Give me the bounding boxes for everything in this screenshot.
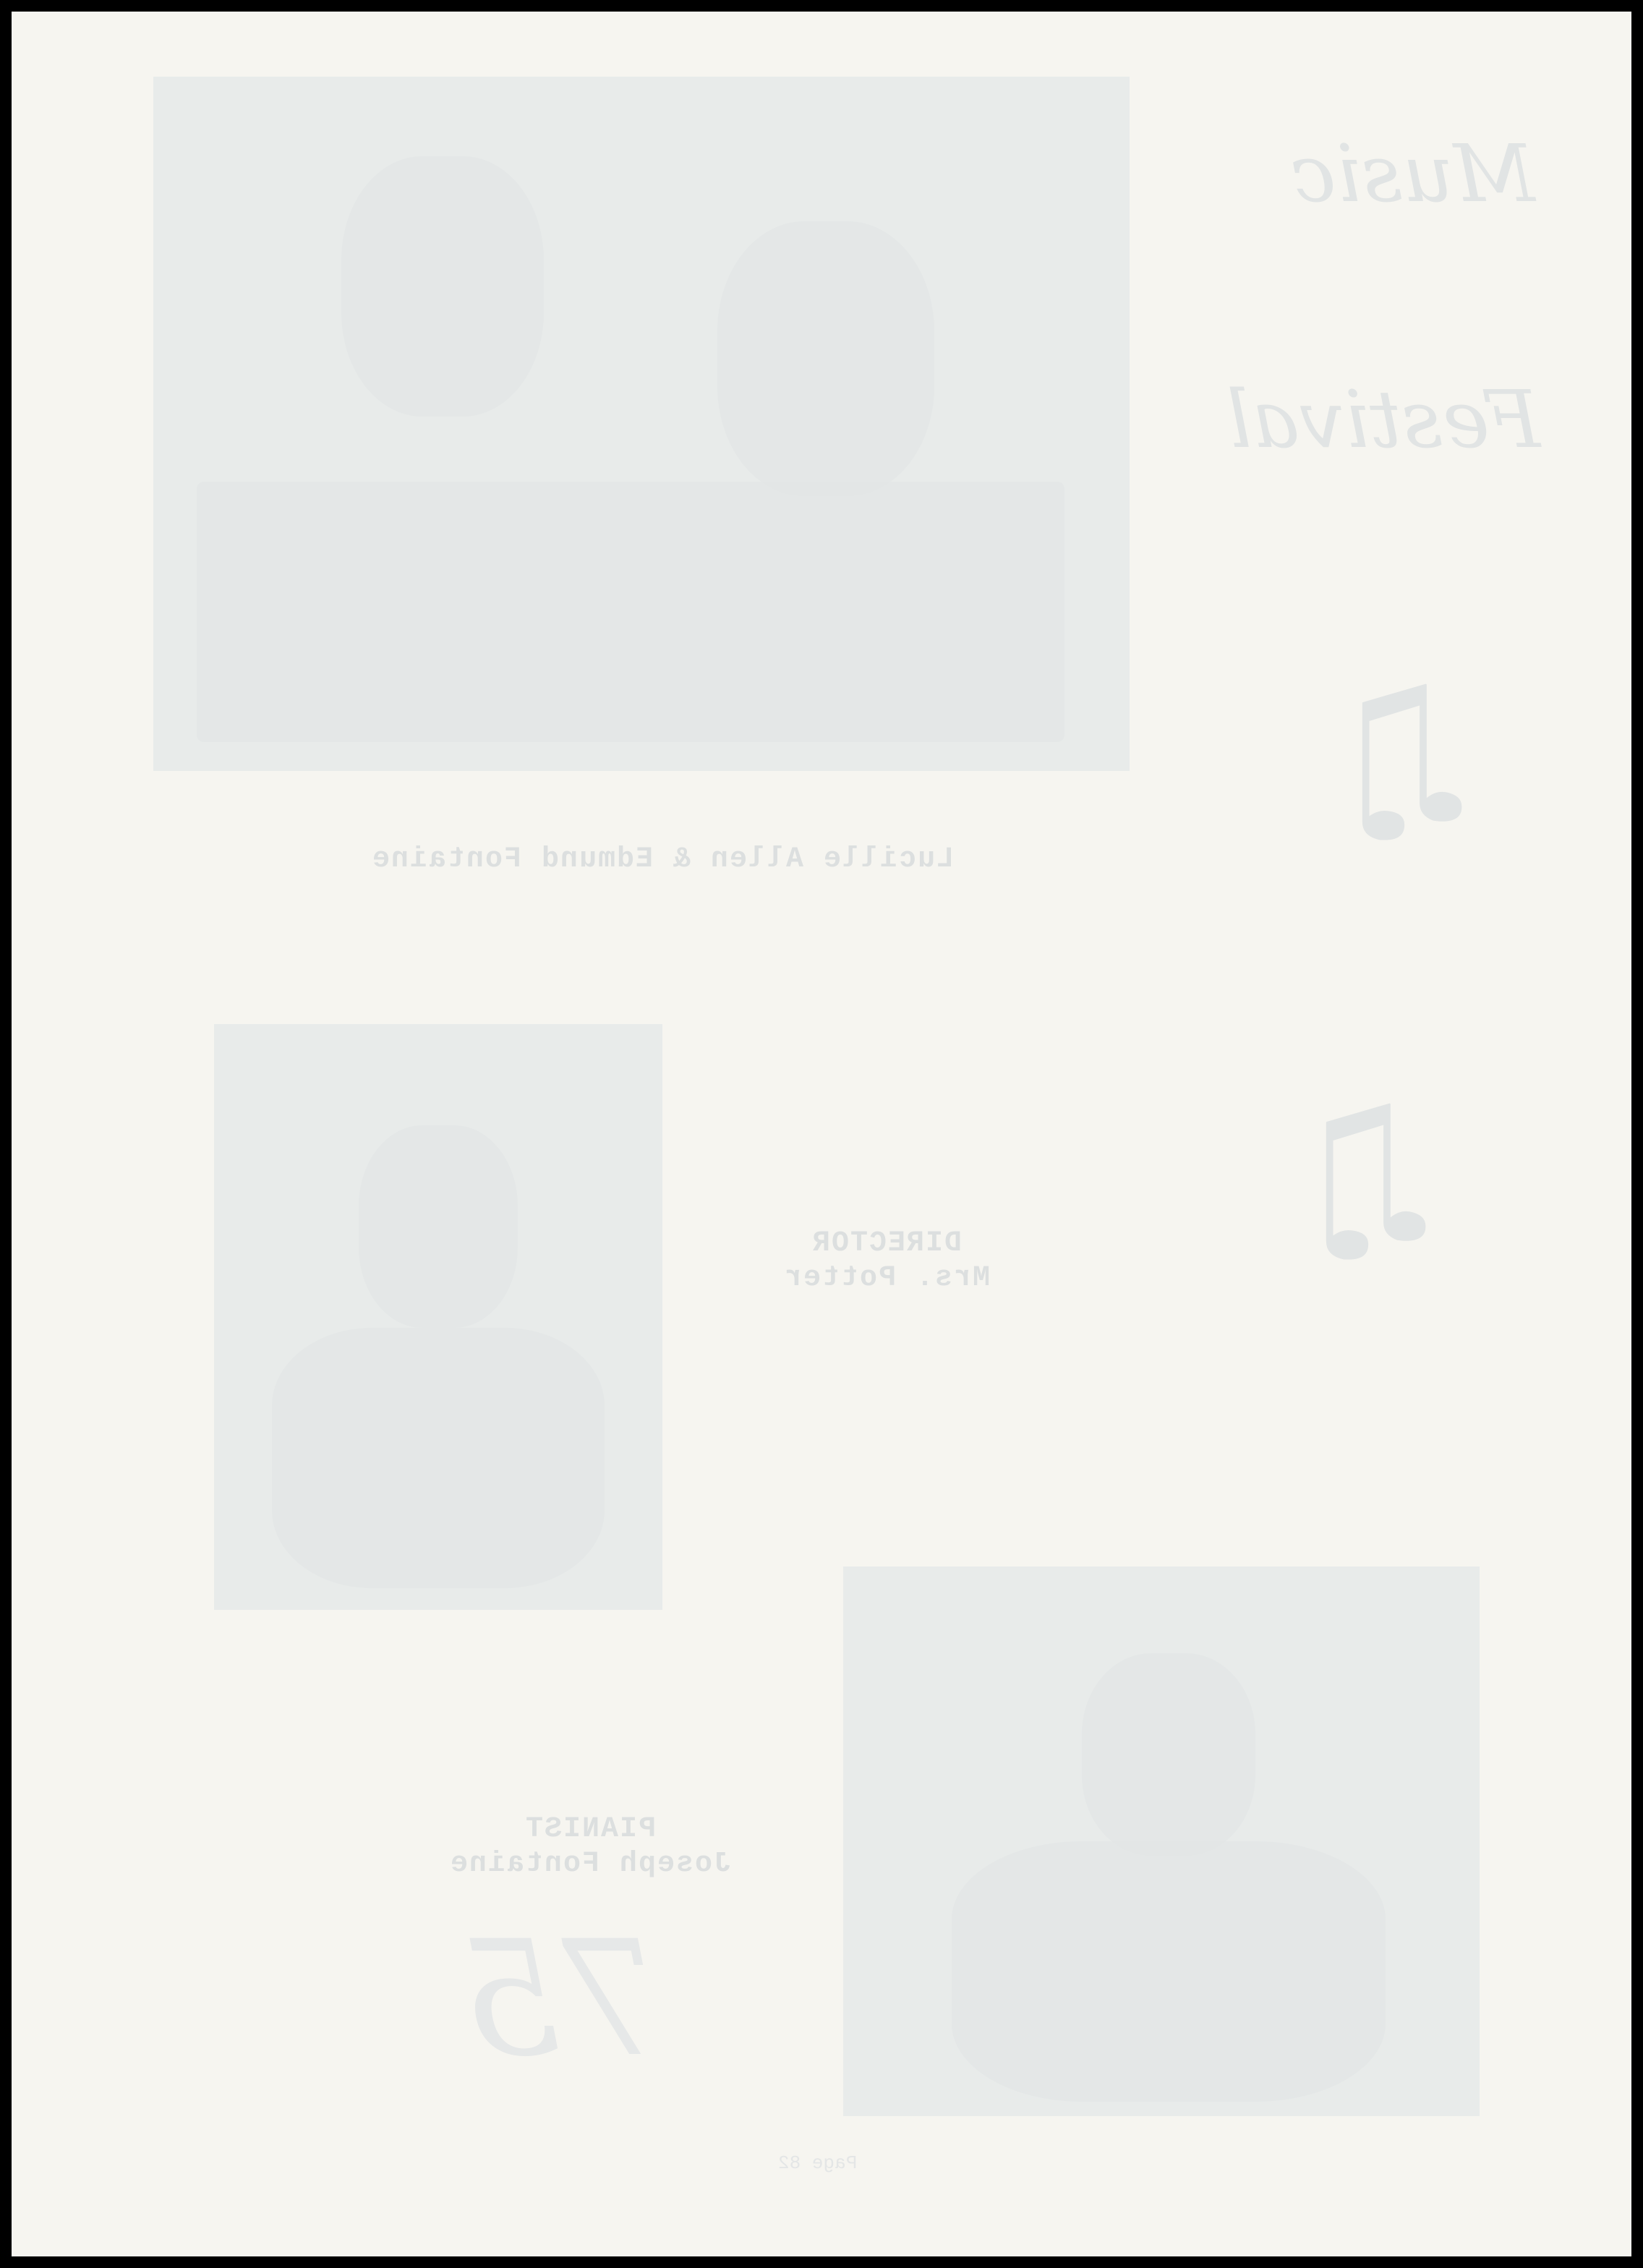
music-note-icon: ♫ bbox=[1328, 662, 1496, 850]
director-caption: DIRECTOR Mrs. Potter bbox=[764, 1227, 1010, 1296]
pianist-role: PIANIST bbox=[373, 1812, 807, 1847]
pianist-caption: PIANIST Joseph Fontaine bbox=[373, 1812, 807, 1882]
photo-duet bbox=[153, 77, 1130, 771]
music-note-icon: ♫ bbox=[1292, 1082, 1460, 1270]
title-word-festival: Festival bbox=[1226, 373, 1540, 466]
pianist-name: Joseph Fontaine bbox=[373, 1847, 807, 1882]
director-role: DIRECTOR bbox=[764, 1227, 1010, 1261]
director-name: Mrs. Potter bbox=[764, 1261, 1010, 1296]
photo-pianist bbox=[843, 1566, 1480, 2116]
photo-caption-duet: Lucille Allen & Edmund Fontaine bbox=[286, 843, 1038, 876]
photo-director bbox=[214, 1024, 662, 1610]
title-word-music: Music bbox=[1292, 127, 1535, 220]
large-glyph: 75 bbox=[460, 1906, 662, 2092]
document-page: Lucille Allen & Edmund Fontaine Music Fe… bbox=[12, 12, 1631, 2256]
page-number: Page 82 bbox=[778, 2152, 857, 2174]
